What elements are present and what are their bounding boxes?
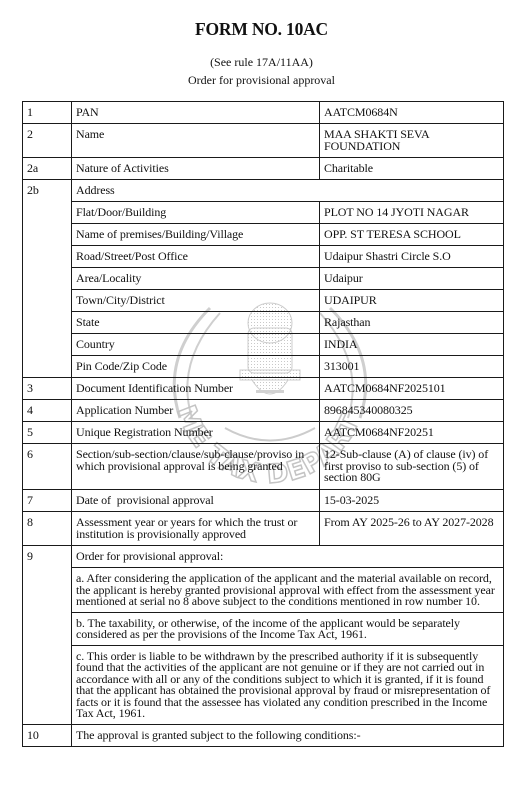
table-row-assessment: 8 Assessment year or years for which the… (23, 512, 504, 546)
field-label-din: Document Identification Number (72, 378, 320, 400)
row-number: 8 (23, 512, 72, 546)
address-row-town: Town/City/District UDAIPUR (23, 290, 504, 312)
field-value-date: 15-03-2025 (320, 490, 504, 512)
order-text-a: a. After considering the application of … (72, 568, 504, 613)
row-number: 2 (23, 124, 72, 158)
address-value-pincode: 313001 (320, 356, 504, 378)
field-label-urn: Unique Registration Number (72, 422, 320, 444)
rule-reference: (See rule 17A/11AA) (0, 55, 523, 69)
address-label-area: Area/Locality (72, 268, 320, 290)
address-value-area: Udaipur (320, 268, 504, 290)
address-row-state: State Rajasthan (23, 312, 504, 334)
address-label-flat: Flat/Door/Building (72, 202, 320, 224)
address-row-road: Road/Street/Post Office Udaipur Shastri … (23, 246, 504, 268)
field-label-conditions: The approval is granted subject to the f… (72, 724, 504, 746)
field-label-address: Address (72, 180, 504, 202)
table-row-pan: 1 PAN AATCM0684N (23, 102, 504, 124)
form-subtitle: Order for provisional approval (0, 73, 523, 87)
field-value-section: 12-Sub-clause (A) of clause (iv) of firs… (320, 444, 504, 490)
table-row-address: 2b Address (23, 180, 504, 202)
address-row-premises: Name of premises/Building/Village OPP. S… (23, 224, 504, 246)
table-row-din: 3 Document Identification Number AATCM06… (23, 378, 504, 400)
field-label-date: Date of provisional approval (72, 490, 320, 512)
address-label-town: Town/City/District (72, 290, 320, 312)
table-row-name: 2 Name MAA SHAKTI SEVA FOUNDATION (23, 124, 504, 158)
row-number: 5 (23, 422, 72, 444)
field-label-nature: Nature of Activities (72, 158, 320, 180)
table-row-section: 6 Section/sub-section/clause/sub-clause/… (23, 444, 504, 490)
address-value-town: UDAIPUR (320, 290, 504, 312)
address-row-flat: Flat/Door/Building PLOT NO 14 JYOTI NAGA… (23, 202, 504, 224)
row-number: 2b (23, 180, 72, 378)
row-number: 6 (23, 444, 72, 490)
address-label-state: State (72, 312, 320, 334)
table-row-date: 7 Date of provisional approval 15-03-202… (23, 490, 504, 512)
field-value-application: 896845340080325 (320, 400, 504, 422)
address-label-country: Country (72, 334, 320, 356)
address-row-pincode: Pin Code/Zip Code 313001 (23, 356, 504, 378)
row-number: 2a (23, 158, 72, 180)
address-label-premises: Name of premises/Building/Village (72, 224, 320, 246)
row-number: 7 (23, 490, 72, 512)
address-value-flat: PLOT NO 14 JYOTI NAGAR (320, 202, 504, 224)
field-label-pan: PAN (72, 102, 320, 124)
address-label-road: Road/Street/Post Office (72, 246, 320, 268)
order-paragraph-b: b. The taxability, or otherwise, of the … (23, 612, 504, 645)
row-number: 3 (23, 378, 72, 400)
address-value-country: INDIA (320, 334, 504, 356)
field-label-section: Section/sub-section/clause/sub-clause/pr… (72, 444, 320, 490)
field-value-name: MAA SHAKTI SEVA FOUNDATION (320, 124, 504, 158)
address-value-state: Rajasthan (320, 312, 504, 334)
field-label-order: Order for provisional approval: (72, 546, 504, 568)
order-text-c: c. This order is liable to be withdrawn … (72, 645, 504, 724)
address-value-road: Udaipur Shastri Circle S.O (320, 246, 504, 268)
row-number: 9 (23, 546, 72, 725)
table-row-conditions: 10 The approval is granted subject to th… (23, 724, 504, 746)
field-label-name: Name (72, 124, 320, 158)
form-title: FORM NO. 10AC (0, 19, 523, 39)
row-number: 4 (23, 400, 72, 422)
address-label-pincode: Pin Code/Zip Code (72, 356, 320, 378)
order-paragraph-c: c. This order is liable to be withdrawn … (23, 645, 504, 724)
field-value-nature: Charitable (320, 158, 504, 180)
field-label-application: Application Number (72, 400, 320, 422)
table-row-application: 4 Application Number 896845340080325 (23, 400, 504, 422)
row-number: 1 (23, 102, 72, 124)
row-number: 10 (23, 724, 72, 746)
order-paragraph-a: a. After considering the application of … (23, 568, 504, 613)
field-value-assessment: From AY 2025-26 to AY 2027-2028 (320, 512, 504, 546)
table-row-nature: 2a Nature of Activities Charitable (23, 158, 504, 180)
field-value-din: AATCM0684NF2025101 (320, 378, 504, 400)
address-row-country: Country INDIA (23, 334, 504, 356)
table-row-urn: 5 Unique Registration Number AATCM0684NF… (23, 422, 504, 444)
address-value-premises: OPP. ST TERESA SCHOOL (320, 224, 504, 246)
order-text-b: b. The taxability, or otherwise, of the … (72, 612, 504, 645)
table-row-order: 9 Order for provisional approval: (23, 546, 504, 568)
field-label-assessment: Assessment year or years for which the t… (72, 512, 320, 546)
form-table: 1 PAN AATCM0684N 2 Name MAA SHAKTI SEVA … (22, 101, 504, 747)
address-row-area: Area/Locality Udaipur (23, 268, 504, 290)
field-value-pan: AATCM0684N (320, 102, 504, 124)
field-value-urn: AATCM0684NF20251 (320, 422, 504, 444)
